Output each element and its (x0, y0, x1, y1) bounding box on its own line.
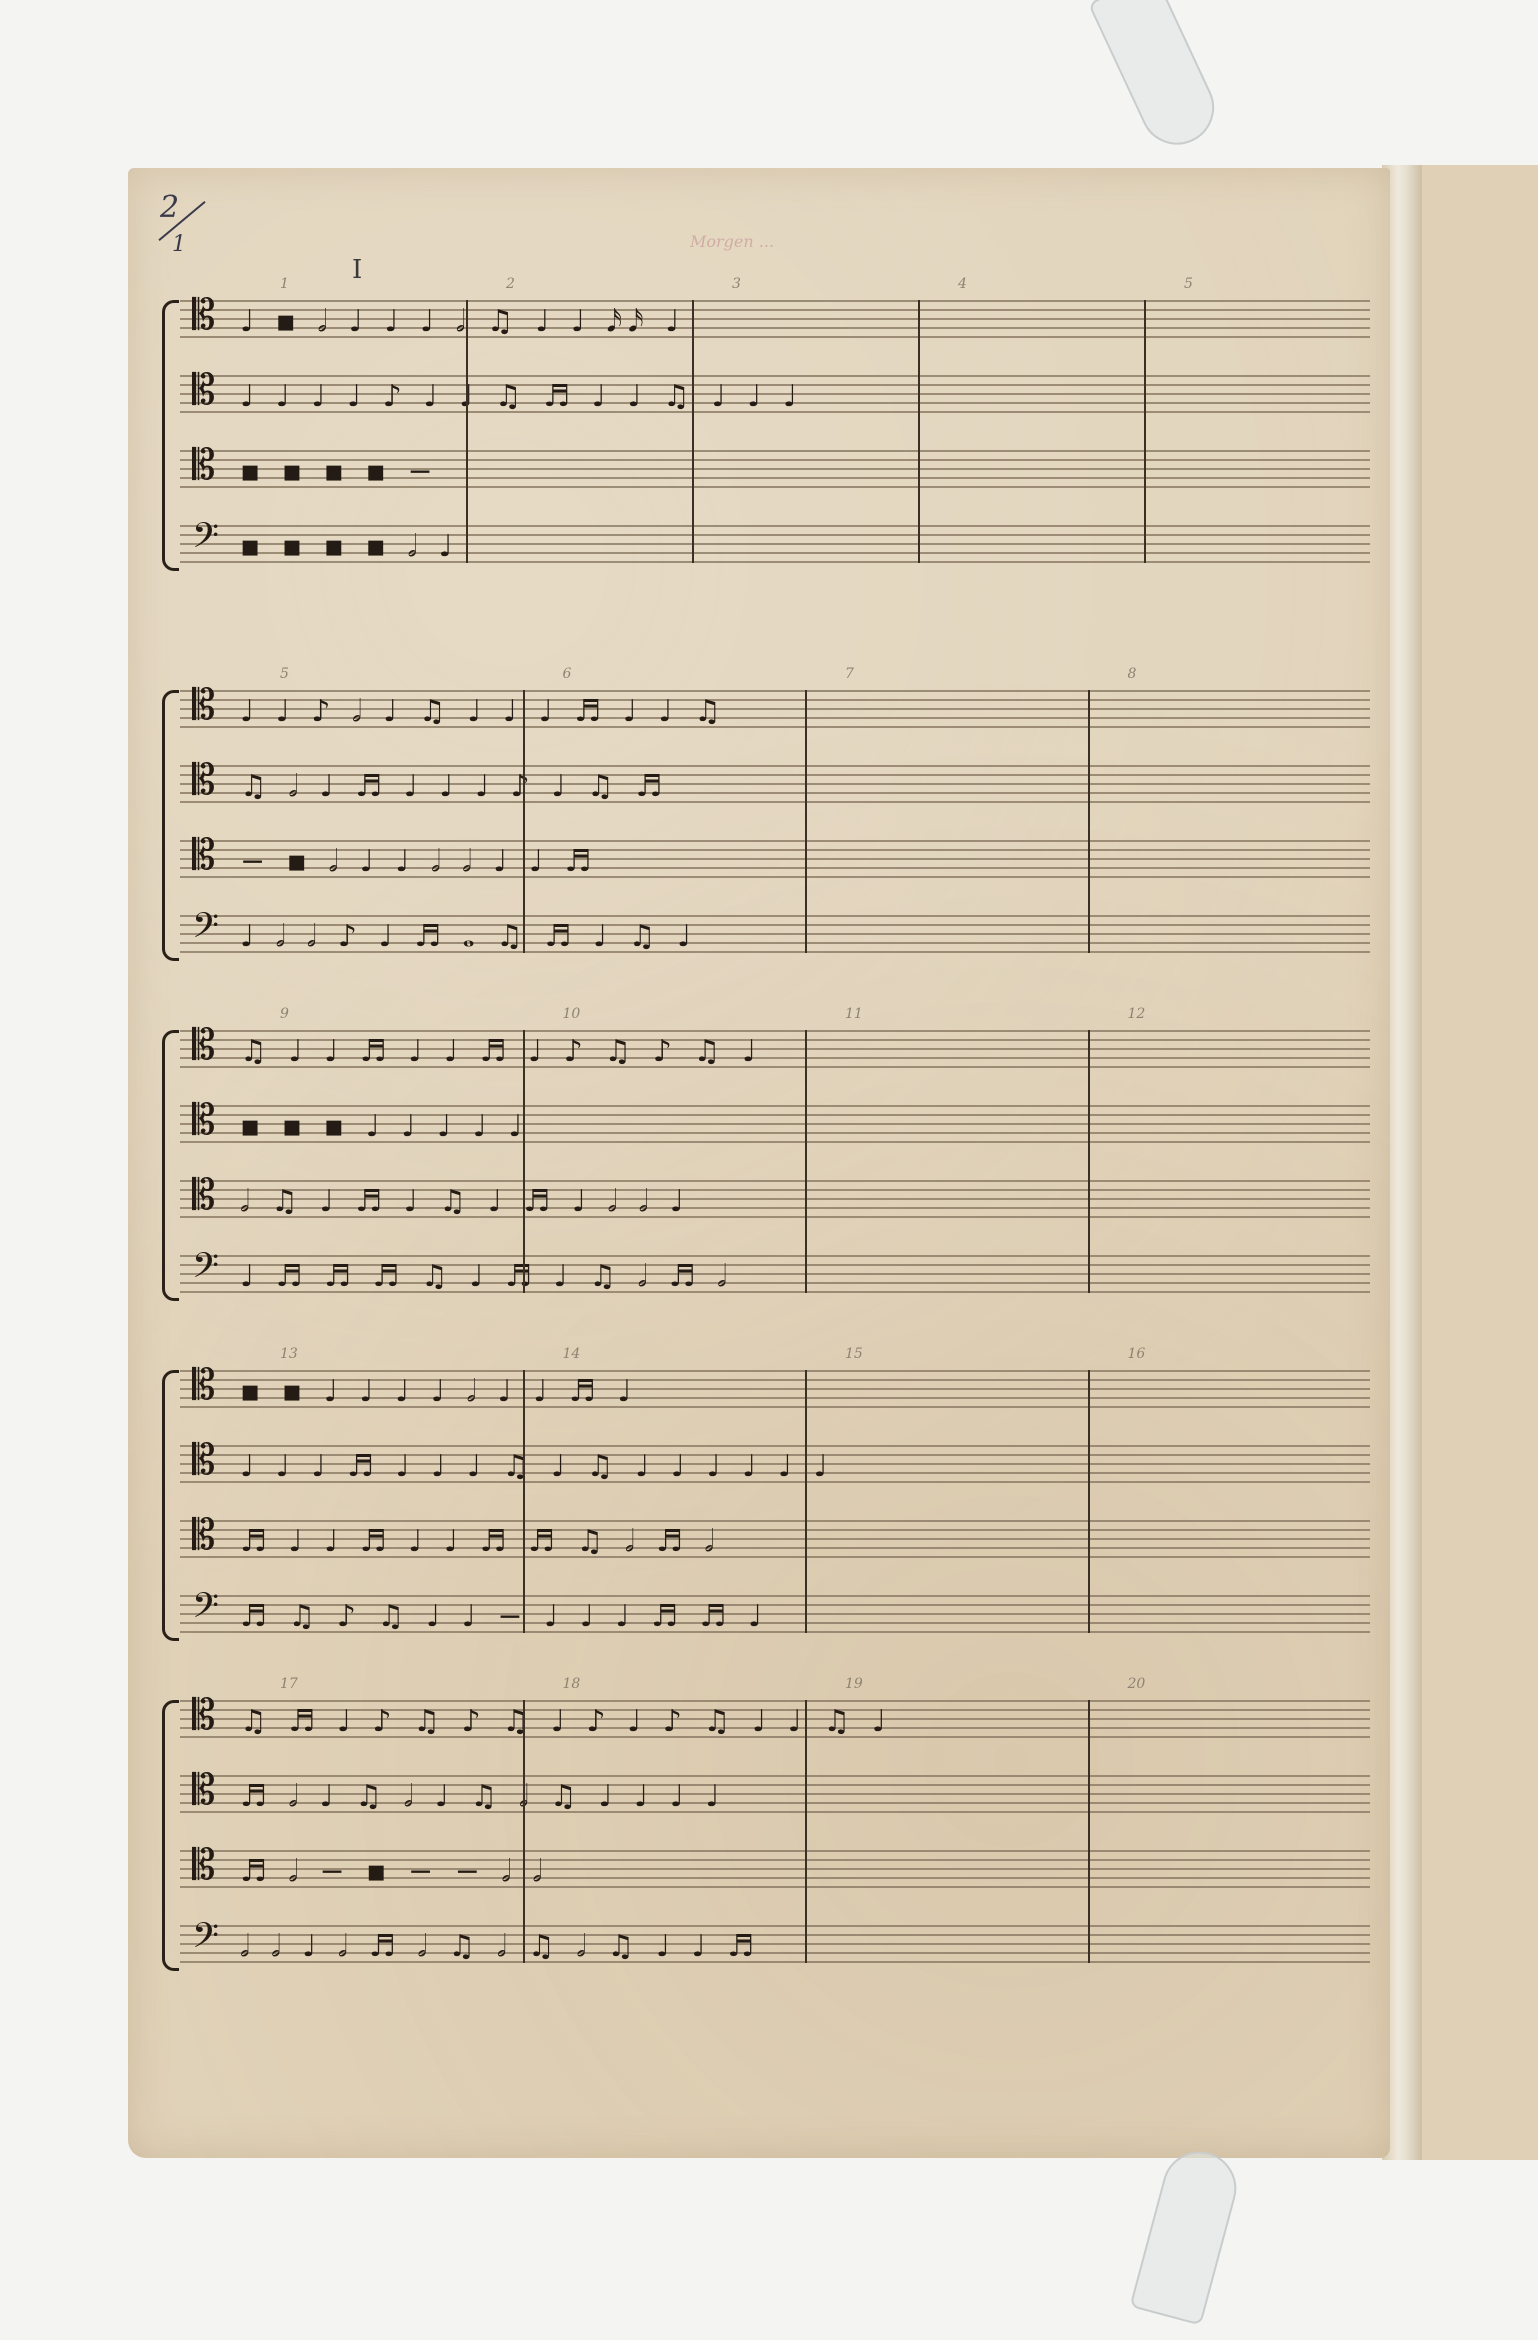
staff-line (180, 1255, 1370, 1257)
staff-3: 𝄡− ▪ 𝅗𝅥 ♩ ♩ 𝅗𝅥 𝅗𝅥 ♩ ♩ ♬ (150, 840, 1370, 884)
measure-number: 11 (845, 1006, 863, 1022)
barline (523, 1030, 525, 1293)
staff-line (180, 915, 1370, 917)
measure-number: 5 (1184, 276, 1193, 292)
staff-4: 𝄢♩ ♬ ♬ ♬ ♫ ♩ ♬ ♩ ♫ 𝅗𝅥 ♬ 𝅗𝅥 (150, 1255, 1370, 1299)
staff-1: 𝄡♫ ♬ ♩ ♪ ♫ ♪ ♫ ♩ ♪ ♩ ♪ ♫ ♩ ♩ ♫ ♩ (150, 1700, 1370, 1744)
staff-notes: ♬ 𝅗𝅥 − ▪ − − 𝅗𝅥 𝅗𝅥 (240, 1854, 1350, 1890)
staff-notes: ▪ ▪ ▪ ♩ ♩ ♩ ♩ ♩ (240, 1109, 1350, 1145)
staff-line (180, 690, 1370, 692)
staff-line (180, 525, 1370, 527)
barline (918, 300, 920, 563)
folio-number: 2 1 (160, 190, 179, 225)
staff-notes: ▪ ▪ ▪ ▪ 𝅗𝅥 ♩ (240, 529, 1350, 565)
staff-notes: ♫ ♩ ♩ ♬ ♩ ♩ ♬ ♩ ♪ ♫ ♪ ♫ ♩ (240, 1034, 1350, 1070)
staff-notes: ♩ ▪ 𝅗𝅥 ♩ ♩ ♩ 𝅗𝅥 ♫ ♩ ♩ 𝅘𝅥𝅯𝅘𝅥𝅯 ♩ (240, 304, 1350, 340)
barline (523, 690, 525, 953)
c-clef-icon: 𝄡 (192, 444, 215, 486)
staff-line (180, 1925, 1370, 1927)
staff-1: 𝄡▪ ▪ ♩ ♩ ♩ ♩ 𝅗𝅥 ♩ ♩ ♬ ♩ (150, 1370, 1370, 1414)
system-5: 𝄡♫ ♬ ♩ ♪ ♫ ♪ ♫ ♩ ♪ ♩ ♪ ♫ ♩ ♩ ♫ ♩𝄡♬ 𝅗𝅥 ♩ … (150, 1700, 1370, 2000)
staff-notes: ♩ ♩ ♩ ♩ ♪ ♩ ♩ ♫ ♬ ♩ ♩ ♫ ♩ ♩ ♩ (240, 379, 1350, 415)
bass-clef-icon: 𝄢 (192, 1589, 219, 1631)
measure-number: 5 (280, 666, 289, 682)
barline (523, 1700, 525, 1963)
bass-clef-icon: 𝄢 (192, 1249, 219, 1291)
system-1: 𝄡♩ ▪ 𝅗𝅥 ♩ ♩ ♩ 𝅗𝅥 ♫ ♩ ♩ 𝅘𝅥𝅯𝅘𝅥𝅯 ♩𝄡♩ ♩ ♩ ♩ … (150, 300, 1370, 600)
measure-number: 16 (1128, 1346, 1146, 1362)
staff-line (180, 765, 1370, 767)
staff-notes: 𝅗𝅥 𝅗𝅥 ♩ 𝅗𝅥 ♬ 𝅗𝅥 ♫ 𝅗𝅥 ♫ 𝅗𝅥 ♫ ♩ ♩ ♬ (240, 1929, 1350, 1965)
staff-line (180, 840, 1370, 842)
staff-notes: ▪ ▪ ♩ ♩ ♩ ♩ 𝅗𝅥 ♩ ♩ ♬ ♩ (240, 1374, 1350, 1410)
barline (805, 1700, 807, 1963)
staff-line (180, 375, 1370, 377)
barline (1088, 1700, 1090, 1963)
c-clef-icon: 𝄡 (192, 1769, 215, 1811)
staff-line (180, 1030, 1370, 1032)
c-clef-icon: 𝄡 (192, 1174, 215, 1216)
staff-line (180, 1180, 1370, 1182)
staff-1: 𝄡♫ ♩ ♩ ♬ ♩ ♩ ♬ ♩ ♪ ♫ ♪ ♫ ♩ (150, 1030, 1370, 1074)
barline (1144, 300, 1146, 563)
staff-notes: ▪ ▪ ▪ ▪ − (240, 454, 1350, 490)
measure-number: 12 (1128, 1006, 1146, 1022)
bass-clef-icon: 𝄢 (192, 1919, 219, 1961)
staff-3: 𝄡♬ 𝅗𝅥 − ▪ − − 𝅗𝅥 𝅗𝅥 (150, 1850, 1370, 1894)
system-4: 𝄡▪ ▪ ♩ ♩ ♩ ♩ 𝅗𝅥 ♩ ♩ ♬ ♩𝄡♩ ♩ ♩ ♬ ♩ ♩ ♩ ♫ … (150, 1370, 1370, 1670)
measure-number: 18 (563, 1676, 581, 1692)
bass-clef-icon: 𝄢 (192, 519, 219, 561)
staff-1: 𝄡♩ ♩ ♪ 𝅗𝅥 ♩ ♫ ♩ ♩ ♩ ♬ ♩ ♩ ♫ (150, 690, 1370, 734)
c-clef-icon: 𝄡 (192, 1364, 215, 1406)
page-clip-top (1088, 0, 1226, 157)
staff-notes: ♩ ♬ ♬ ♬ ♫ ♩ ♬ ♩ ♫ 𝅗𝅥 ♬ 𝅗𝅥 (240, 1259, 1350, 1295)
measure-number: 14 (563, 1346, 581, 1362)
c-clef-icon: 𝄡 (192, 834, 215, 876)
staff-line (180, 1700, 1370, 1702)
c-clef-icon: 𝄡 (192, 1514, 215, 1556)
staff-notes: ♩ ♩ ♩ ♬ ♩ ♩ ♩ ♫ ♩ ♫ ♩ ♩ ♩ ♩ ♩ ♩ (240, 1449, 1350, 1485)
measure-number: 2 (506, 276, 515, 292)
barline (523, 1370, 525, 1633)
staff-line (180, 300, 1370, 302)
staff-line (180, 1520, 1370, 1522)
pencil-annotation: Morgen ... (690, 232, 774, 251)
c-clef-icon: 𝄡 (192, 1844, 215, 1886)
measure-number: 17 (280, 1676, 298, 1692)
barline (805, 690, 807, 953)
c-clef-icon: 𝄡 (192, 369, 215, 411)
staff-notes: ♩ ♩ ♪ 𝅗𝅥 ♩ ♫ ♩ ♩ ♩ ♬ ♩ ♩ ♫ (240, 694, 1350, 730)
measure-number: 9 (280, 1006, 289, 1022)
facing-page-edge (1408, 165, 1538, 2160)
staff-2: 𝄡♫ 𝅗𝅥 ♩ ♬ ♩ ♩ ♩ ♪ ♩ ♫ ♬ (150, 765, 1370, 809)
c-clef-icon: 𝄡 (192, 1694, 215, 1736)
staff-2: 𝄡♩ ♩ ♩ ♬ ♩ ♩ ♩ ♫ ♩ ♫ ♩ ♩ ♩ ♩ ♩ ♩ (150, 1445, 1370, 1489)
movement-marker: I (352, 255, 362, 285)
staff-1: 𝄡♩ ▪ 𝅗𝅥 ♩ ♩ ♩ 𝅗𝅥 ♫ ♩ ♩ 𝅘𝅥𝅯𝅘𝅥𝅯 ♩ (150, 300, 1370, 344)
c-clef-icon: 𝄡 (192, 759, 215, 801)
staff-4: 𝄢♬ ♫ ♪ ♫ ♩ ♩ − ♩ ♩ ♩ ♬ ♬ ♩ (150, 1595, 1370, 1639)
staff-4: 𝄢♩ 𝅗𝅥 𝅗𝅥 ♪ ♩ ♬ 𝅝 ♫ ♬ ♩ ♫ ♩ (150, 915, 1370, 959)
barline (466, 300, 468, 563)
staff-3: 𝄡▪ ▪ ▪ ▪ − (150, 450, 1370, 494)
staff-notes: 𝅗𝅥 ♫ ♩ ♬ ♩ ♫ ♩ ♬ ♩ 𝅗𝅥 𝅗𝅥 ♩ (240, 1184, 1350, 1220)
staff-4: 𝄢▪ ▪ ▪ ▪ 𝅗𝅥 ♩ (150, 525, 1370, 569)
measure-number: 6 (563, 666, 572, 682)
measure-number: 20 (1128, 1676, 1146, 1692)
measure-number: 15 (845, 1346, 863, 1362)
page-clip-bottom (1129, 2143, 1244, 2325)
staff-line (180, 1850, 1370, 1852)
c-clef-icon: 𝄡 (192, 294, 215, 336)
staff-notes: ♫ ♬ ♩ ♪ ♫ ♪ ♫ ♩ ♪ ♩ ♪ ♫ ♩ ♩ ♫ ♩ (240, 1704, 1350, 1740)
staff-line (180, 1445, 1370, 1447)
measure-number: 8 (1128, 666, 1137, 682)
measure-number: 7 (845, 666, 854, 682)
staff-2: 𝄡▪ ▪ ▪ ♩ ♩ ♩ ♩ ♩ (150, 1105, 1370, 1149)
c-clef-icon: 𝄡 (192, 1439, 215, 1481)
system-3: 𝄡♫ ♩ ♩ ♬ ♩ ♩ ♬ ♩ ♪ ♫ ♪ ♫ ♩𝄡▪ ▪ ▪ ♩ ♩ ♩ ♩… (150, 1030, 1370, 1330)
staff-notes: ♫ 𝅗𝅥 ♩ ♬ ♩ ♩ ♩ ♪ ♩ ♫ ♬ (240, 769, 1350, 805)
staff-3: 𝄡𝅗𝅥 ♫ ♩ ♬ ♩ ♫ ♩ ♬ ♩ 𝅗𝅥 𝅗𝅥 ♩ (150, 1180, 1370, 1224)
barline (805, 1370, 807, 1633)
c-clef-icon: 𝄡 (192, 684, 215, 726)
measure-number: 3 (732, 276, 741, 292)
barline (805, 1030, 807, 1293)
measure-number: 4 (958, 276, 967, 292)
c-clef-icon: 𝄡 (192, 1099, 215, 1141)
measure-number: 1 (280, 276, 289, 292)
staff-2: 𝄡♩ ♩ ♩ ♩ ♪ ♩ ♩ ♫ ♬ ♩ ♩ ♫ ♩ ♩ ♩ (150, 375, 1370, 419)
bass-clef-icon: 𝄢 (192, 909, 219, 951)
measure-number: 13 (280, 1346, 298, 1362)
staff-notes: − ▪ 𝅗𝅥 ♩ ♩ 𝅗𝅥 𝅗𝅥 ♩ ♩ ♬ (240, 844, 1350, 880)
barline (1088, 690, 1090, 953)
staff-notes: ♩ 𝅗𝅥 𝅗𝅥 ♪ ♩ ♬ 𝅝 ♫ ♬ ♩ ♫ ♩ (240, 919, 1350, 955)
staff-notes: ♬ 𝅗𝅥 ♩ ♫ 𝅗𝅥 ♩ ♫ 𝅗𝅥 ♫ ♩ ♩ ♩ ♩ (240, 1779, 1350, 1815)
staff-line (180, 1105, 1370, 1107)
staff-3: 𝄡♬ ♩ ♩ ♬ ♩ ♩ ♬ ♬ ♫ 𝅗𝅥 ♬ 𝅗𝅥 (150, 1520, 1370, 1564)
barline (692, 300, 694, 563)
barline (1088, 1030, 1090, 1293)
staff-notes: ♬ ♫ ♪ ♫ ♩ ♩ − ♩ ♩ ♩ ♬ ♬ ♩ (240, 1599, 1350, 1635)
barline (1088, 1370, 1090, 1633)
staff-line (180, 1775, 1370, 1777)
folio-sub: 1 (172, 232, 186, 257)
folio-main: 2 (160, 190, 179, 225)
system-2: 𝄡♩ ♩ ♪ 𝅗𝅥 ♩ ♫ ♩ ♩ ♩ ♬ ♩ ♩ ♫𝄡♫ 𝅗𝅥 ♩ ♬ ♩ ♩… (150, 690, 1370, 990)
staff-4: 𝄢𝅗𝅥 𝅗𝅥 ♩ 𝅗𝅥 ♬ 𝅗𝅥 ♫ 𝅗𝅥 ♫ 𝅗𝅥 ♫ ♩ ♩ ♬ (150, 1925, 1370, 1969)
staff-2: 𝄡♬ 𝅗𝅥 ♩ ♫ 𝅗𝅥 ♩ ♫ 𝅗𝅥 ♫ ♩ ♩ ♩ ♩ (150, 1775, 1370, 1819)
staff-line (180, 1595, 1370, 1597)
measure-number: 10 (563, 1006, 581, 1022)
staff-line (180, 450, 1370, 452)
c-clef-icon: 𝄡 (192, 1024, 215, 1066)
staff-line (180, 1370, 1370, 1372)
measure-number: 19 (845, 1676, 863, 1692)
staff-notes: ♬ ♩ ♩ ♬ ♩ ♩ ♬ ♬ ♫ 𝅗𝅥 ♬ 𝅗𝅥 (240, 1524, 1350, 1560)
